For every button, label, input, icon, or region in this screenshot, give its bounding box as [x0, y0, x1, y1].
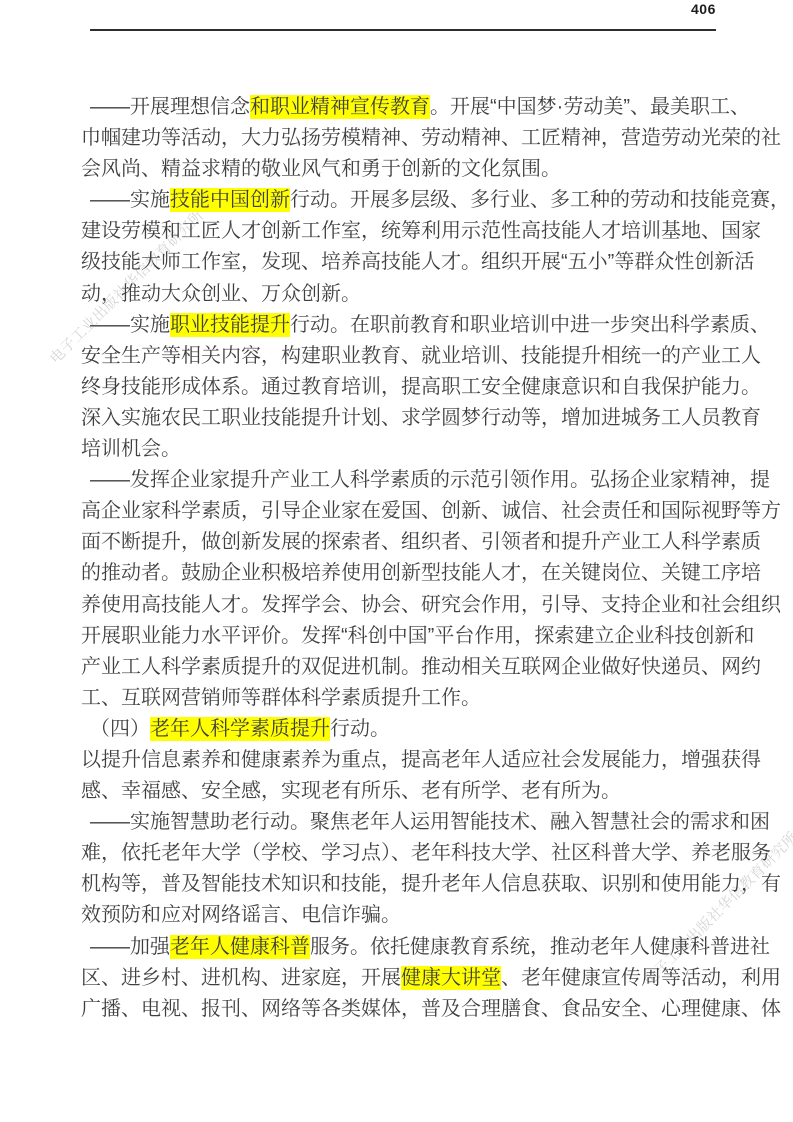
text-line: 养使用高技能人才。发挥学会、协会、研究会作用，引导、支持企业和社会组织: [81, 590, 741, 621]
text-segment: 深入实施农民工职业技能提升计划、求学圆梦行动等，增加进城务工人员教育: [81, 407, 761, 429]
text-segment: 、老年健康宣传周等活动，利用: [501, 967, 781, 989]
text-segment: ——实施: [90, 189, 170, 211]
text-segment: 产业工人科学素质提升的双促进机制。推动相关互联网企业做好快递员、网约: [81, 656, 761, 678]
text-segment: 广播、电视、报刊、网络等各类媒体，普及合理膳食、食品安全、心理健康、体: [81, 998, 781, 1020]
text-segment: 机构等，普及智能技术知识和技能，提升老年人信息获取、识别和使用能力，有: [81, 873, 781, 895]
text-line: 培训机会。: [81, 434, 741, 465]
text-segment: 培训机会。: [81, 438, 181, 460]
highlighted-text: 健康大讲堂: [401, 966, 501, 990]
text-segment: ——加强: [90, 936, 170, 958]
text-segment: 安全生产等相关内容，构建职业教育、就业培训、技能提升相统一的产业工人: [81, 345, 761, 367]
text-segment: 巾帼建功等活动，大力弘扬劳模精神、劳动精神、工匠精神，营造劳动光荣的社: [81, 127, 781, 149]
text-segment: ——实施: [90, 314, 170, 336]
text-segment: 动，推动大众创业、万众创新。: [81, 283, 361, 305]
text-line: ——开展理想信念和职业精神宣传教育。开展“中国梦·劳动美”、最美职工、: [81, 92, 741, 123]
text-segment: 终身技能形成体系。通过教育培训，提高职工安全健康意识和自我保护能力。: [81, 376, 761, 398]
text-line: 广播、电视、报刊、网络等各类媒体，普及合理膳食、食品安全、心理健康、体: [81, 994, 741, 1025]
document-body: ——开展理想信念和职业精神宣传教育。开展“中国梦·劳动美”、最美职工、巾帼建功等…: [81, 92, 741, 1025]
text-segment: 效预防和应对网络谣言、电信诈骗。: [81, 904, 401, 926]
text-segment: 高企业家科学素质，引导企业家在爱国、创新、诚信、社会责任和国际视野等方: [81, 500, 781, 522]
text-segment: 的推动者。鼓励企业积极培养使用创新型技能人才，在关键岗位、关键工序培: [81, 562, 761, 584]
text-segment: ——实施智慧助老行动。聚焦老年人运用智能技术、融入智慧社会的需求和困: [90, 811, 770, 833]
text-line: 高企业家科学素质，引导企业家在爱国、创新、诚信、社会责任和国际视野等方: [81, 496, 741, 527]
text-segment: 感、幸福感、安全感，实现老有所乐、老有所学、老有所为。: [81, 780, 621, 802]
text-line: 产业工人科学素质提升的双促进机制。推动相关互联网企业做好快递员、网约: [81, 652, 741, 683]
text-line: 机构等，普及智能技术知识和技能，提升老年人信息获取、识别和使用能力，有: [81, 869, 741, 900]
text-segment: 行动。: [330, 718, 390, 740]
text-line: （四）老年人科学素质提升行动。: [81, 714, 741, 745]
text-line: 效预防和应对网络谣言、电信诈骗。: [81, 900, 741, 931]
text-line: 开展职业能力水平评价。发挥“科创中国”平台作用，探索建立企业科技创新和: [81, 621, 741, 652]
text-line: 工、互联网营销师等群体科学素质提升工作。: [81, 683, 741, 714]
text-line: 难，依托老年大学（学校、学习点）、老年科技大学、社区科普大学、养老服务: [81, 838, 741, 869]
text-line: 会风尚、精益求精的敬业风气和勇于创新的文化氛围。: [81, 154, 741, 185]
text-line: 区、进乡村、进机构、进家庭，开展健康大讲堂、老年健康宣传周等活动，利用: [81, 963, 741, 994]
page-number: 406: [691, 1, 716, 17]
text-line: ——实施技能中国创新行动。开展多层级、多行业、多工种的劳动和技能竞赛，: [81, 185, 741, 216]
text-segment: ——发挥企业家提升产业工人科学素质的示范引领作用。弘扬企业家精神，提: [90, 469, 770, 491]
text-segment: 以提升信息素养和健康素养为重点，提高老年人适应社会发展能力，增强获得: [81, 749, 761, 771]
text-segment: 会风尚、精益求精的敬业风气和勇于创新的文化氛围。: [81, 158, 561, 180]
header-rule: [90, 29, 716, 31]
text-line: ——发挥企业家提升产业工人科学素质的示范引领作用。弘扬企业家精神，提: [81, 465, 741, 496]
text-segment: 建设劳模和工匠人才创新工作室，统筹利用示范性高技能人才培训基地、国家: [81, 220, 761, 242]
highlighted-text: 老年人科学素质提升: [150, 717, 330, 741]
text-line: 安全生产等相关内容，构建职业教育、就业培训、技能提升相统一的产业工人: [81, 341, 741, 372]
text-line: 动，推动大众创业、万众创新。: [81, 279, 741, 310]
text-line: 面不断提升，做创新发展的探索者、组织者、引领者和提升产业工人科学素质: [81, 527, 741, 558]
text-segment: 区、进乡村、进机构、进家庭，开展: [81, 967, 401, 989]
text-segment: 养使用高技能人才。发挥学会、协会、研究会作用，引导、支持企业和社会组织: [81, 594, 781, 616]
highlighted-text: 老年人健康科普: [170, 935, 310, 959]
text-segment: 面不断提升，做创新发展的探索者、组织者、引领者和提升产业工人科学素质: [81, 531, 761, 553]
text-segment: 。开展“中国梦·劳动美”、最美职工、: [430, 96, 750, 118]
document-page: 406 电子工业出版社华信教育研究所 电子工业出版社华信教育研究所 ——开展理想…: [0, 0, 793, 1122]
text-line: 巾帼建功等活动，大力弘扬劳模精神、劳动精神、工匠精神，营造劳动光荣的社: [81, 123, 741, 154]
text-line: ——加强老年人健康科普服务。依托健康教育系统，推动老年人健康科普进社: [81, 932, 741, 963]
text-segment: （四）: [90, 718, 150, 740]
text-line: 终身技能形成体系。通过教育培训，提高职工安全健康意识和自我保护能力。: [81, 372, 741, 403]
text-segment: 行动。在职前教育和职业培训中进一步突出科学素质、: [290, 314, 770, 336]
text-line: ——实施职业技能提升行动。在职前教育和职业培训中进一步突出科学素质、: [81, 310, 741, 341]
text-line: 以提升信息素养和健康素养为重点，提高老年人适应社会发展能力，增强获得: [81, 745, 741, 776]
text-line: 级技能大师工作室，发现、培养高技能人才。组织开展“五小”等群众性创新活: [81, 247, 741, 278]
text-segment: 难，依托老年大学（学校、学习点）、老年科技大学、社区科普大学、养老服务: [81, 842, 771, 864]
highlighted-text: 和职业精神宣传教育: [250, 95, 430, 119]
text-segment: 开展职业能力水平评价。发挥“科创中国”平台作用，探索建立企业科技创新和: [81, 625, 754, 647]
text-segment: 工、互联网营销师等群体科学素质提升工作。: [81, 687, 481, 709]
text-line: 深入实施农民工职业技能提升计划、求学圆梦行动等，增加进城务工人员教育: [81, 403, 741, 434]
text-line: 的推动者。鼓励企业积极培养使用创新型技能人才，在关键岗位、关键工序培: [81, 558, 741, 589]
text-segment: 服务。依托健康教育系统，推动老年人健康科普进社: [310, 936, 770, 958]
highlighted-text: 技能中国创新: [170, 188, 290, 212]
text-line: 建设劳模和工匠人才创新工作室，统筹利用示范性高技能人才培训基地、国家: [81, 216, 741, 247]
text-segment: ——开展理想信念: [90, 96, 250, 118]
text-segment: 行动。开展多层级、多行业、多工种的劳动和技能竞赛，: [290, 189, 790, 211]
text-line: ——实施智慧助老行动。聚焦老年人运用智能技术、融入智慧社会的需求和困: [81, 807, 741, 838]
text-segment: 级技能大师工作室，发现、培养高技能人才。组织开展“五小”等群众性创新活: [81, 251, 754, 273]
text-line: 感、幸福感、安全感，实现老有所乐、老有所学、老有所为。: [81, 776, 741, 807]
highlighted-text: 职业技能提升: [170, 313, 290, 337]
